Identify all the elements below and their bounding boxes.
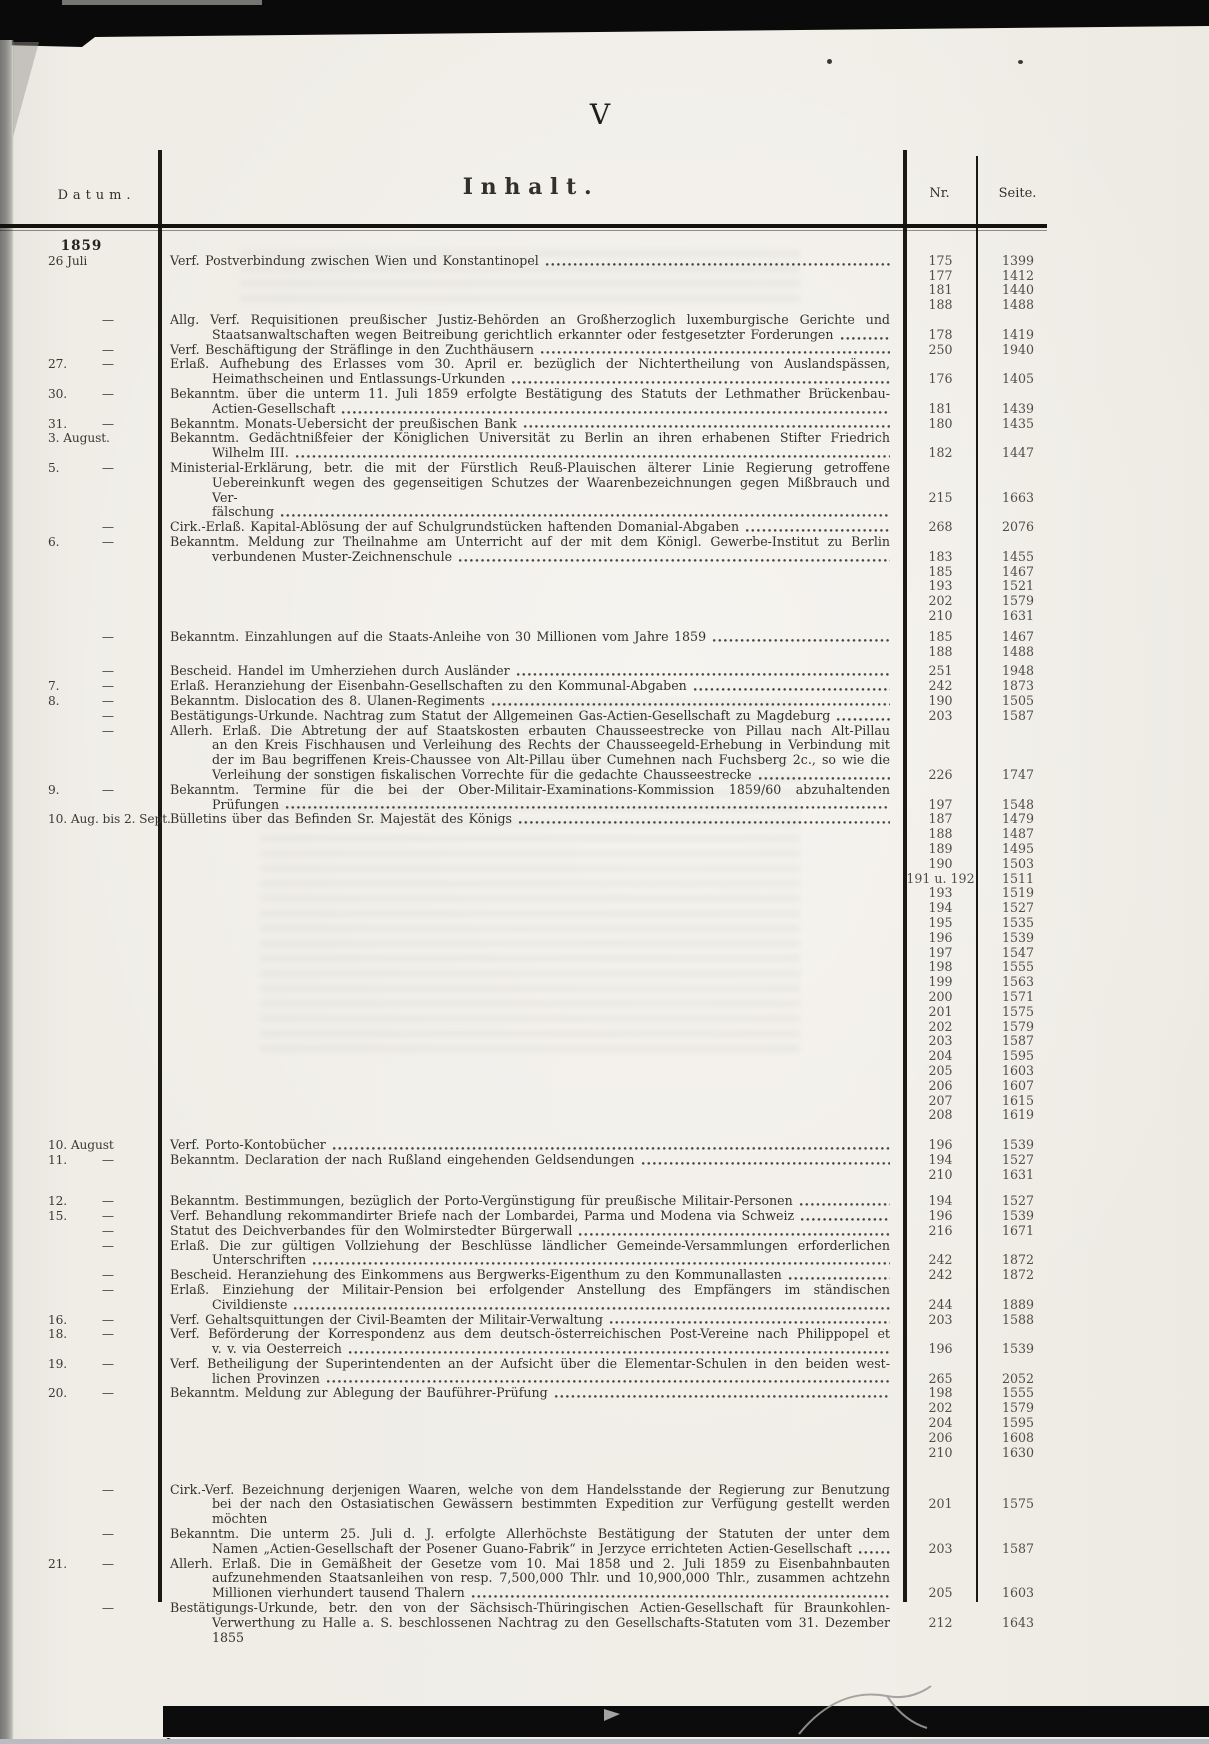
nr-value: 201 <box>904 1005 977 1020</box>
nr-value: 212 <box>904 1616 977 1631</box>
entry-nr-column: 242 <box>904 1268 977 1283</box>
entry-day: 19. <box>48 1357 67 1372</box>
entry-date: 16. — <box>35 1313 158 1328</box>
seite-value: 1872 <box>977 1253 1059 1268</box>
entry-ditto-dash: — <box>102 1313 114 1328</box>
entry-text: Allerh. Erlaß. Die Abtretung der auf Sta… <box>158 724 904 783</box>
entry-date: 15. — <box>35 1209 158 1224</box>
entry-seite-column: 15271631 <box>977 1153 1059 1183</box>
scanned-page: V Datum. Inhalt. Nr. Seite. 1859 26 Juli… <box>0 0 1209 1744</box>
entry-day: 10. Aug. bis 2. Sept. <box>48 812 171 827</box>
entry-text: Verf. Beschäftigung der Sträflinge in de… <box>158 343 904 358</box>
seite-value: 1587 <box>977 1542 1059 1557</box>
seite-value: 1539 <box>977 1138 1059 1153</box>
entry-line: Bekanntm. Meldung zur Theilnahme am Unte… <box>170 535 890 550</box>
entry-date: — <box>35 1527 158 1557</box>
seite-value: 1535 <box>977 916 1059 931</box>
entry-text: Bekanntm. Monats-Uebersicht der preußisc… <box>158 417 904 432</box>
nr-value: 203 <box>904 1542 977 1557</box>
seite-value: 1419 <box>977 328 1059 343</box>
header-rule <box>0 224 1047 228</box>
entry-text: Cirk.-Verf. Bezeichnung derjenigen Waare… <box>158 1483 904 1527</box>
entry-ditto-dash: — <box>102 1483 114 1498</box>
year-label: 1859 <box>35 239 158 254</box>
table-row: — Statut des Deichverbandes für den Wolm… <box>35 1224 1059 1239</box>
entry-date: — <box>35 1601 158 1645</box>
entry-seite-column: 1527 <box>977 1194 1059 1209</box>
nr-value: 193 <box>904 579 977 594</box>
seite-value: 1435 <box>977 417 1059 432</box>
table-row: 10. August Verf. Porto-Kontobücher 196 1… <box>35 1138 1059 1153</box>
seite-value: 1539 <box>977 931 1059 946</box>
entry-ditto-dash: — <box>102 357 114 372</box>
nr-value: 206 <box>904 1431 977 1446</box>
seite-value: 1579 <box>977 1020 1059 1035</box>
entry-text: Ministerial-Erklärung, betr. die mit der… <box>158 461 904 520</box>
entry-date: 11. — <box>35 1153 158 1183</box>
entry-ditto-dash: — <box>102 1224 114 1239</box>
seite-value: 1587 <box>977 1034 1059 1049</box>
entry-ditto-dash: — <box>102 1601 114 1616</box>
nr-value: 203 <box>904 1313 977 1328</box>
scan-black-band-bottom <box>163 1706 1209 1737</box>
entry-ditto-dash: — <box>102 1268 114 1283</box>
entry-date: 27. — <box>35 357 158 387</box>
nr-value: 265 <box>904 1372 977 1387</box>
seite-value: 1940 <box>977 343 1059 358</box>
entry-ditto-dash: — <box>102 630 114 645</box>
table-row: 15. — Verf. Behandlung rekommandirter Br… <box>35 1209 1059 1224</box>
entry-ditto-dash: — <box>102 387 114 402</box>
nr-value: 175 <box>904 254 977 269</box>
entry-date: 18. — <box>35 1327 158 1357</box>
seite-value: 1527 <box>977 1153 1059 1168</box>
table-row: 30. — Bekanntm. über die unterm 11. Juli… <box>35 387 1059 417</box>
entry-nr-column: 201 <box>904 1483 977 1527</box>
entry-seite-column: 1587 <box>977 1527 1059 1557</box>
seite-value: 1619 <box>977 1108 1059 1123</box>
entry-day: 27. <box>48 357 67 372</box>
entry-nr-column: 187188189190191 u. 192193194195196197198… <box>904 812 977 1123</box>
entry-nr-column: 226 <box>904 724 977 783</box>
seite-value: 1539 <box>977 1209 1059 1224</box>
nr-value: 200 <box>904 990 977 1005</box>
pen-squiggle <box>795 1682 935 1744</box>
table-row: 11. — Bekanntm. Declaration der nach Ruß… <box>35 1153 1059 1183</box>
entry-date: 8. — <box>35 694 158 709</box>
ink-speck <box>827 59 832 64</box>
seite-value: 1643 <box>977 1616 1059 1631</box>
entry-nr-column: 183185193202210 <box>904 535 977 624</box>
entry-seite-column: 1399141214401488 <box>977 254 1059 313</box>
entry-line: Verwerthung zu Halle a. S. beschlossenen… <box>170 1616 890 1646</box>
entry-seite-column: 1873 <box>977 679 1059 694</box>
entry-date: 21. — <box>35 1557 158 1601</box>
entry-text: Verf. Betheiligung der Superintendenten … <box>158 1357 904 1387</box>
table-row: — Bescheid. Handel im Umherziehen durch … <box>35 664 1059 679</box>
entry-text: Erlaß. Einziehung der Militair-Pension b… <box>158 1283 904 1313</box>
entry-text: Cirk.-Erlaß. Kapital-Ablösung der auf Sc… <box>158 520 904 535</box>
entry-line: Allerh. Erlaß. Die Abtretung der auf Sta… <box>170 724 890 739</box>
entry-date: 3. August. <box>35 431 158 461</box>
entry-seite-column: 1539 <box>977 1209 1059 1224</box>
entry-line: Wilhelm III. <box>170 446 890 461</box>
entry-line: bei der nach den Ostasiatischen Gewässer… <box>170 1497 890 1527</box>
entry-nr-column: 197 <box>904 783 977 813</box>
entry-text: Bekanntm. Meldung zur Ablegung der Baufü… <box>158 1386 904 1460</box>
nr-value: 205 <box>904 1064 977 1079</box>
nr-value: 198 <box>904 1386 977 1401</box>
entry-seite-column: 1435 <box>977 417 1059 432</box>
entry-day: 20. <box>48 1386 67 1401</box>
entry-date: — <box>35 724 158 783</box>
seite-value: 1872 <box>977 1268 1059 1283</box>
entry-text: Bekanntm. Meldung zur Theilnahme am Unte… <box>158 535 904 624</box>
entry-line: Verf. Beschäftigung der Sträflinge in de… <box>170 343 890 358</box>
entry-line: Millionen vierhundert tausend Thalern <box>170 1586 890 1601</box>
nr-value: 202 <box>904 1020 977 1035</box>
seite-value: 1505 <box>977 694 1059 709</box>
seite-value: 1467 <box>977 565 1059 580</box>
entry-ditto-dash: — <box>102 417 114 432</box>
entry-line: v. v. via Oesterreich <box>170 1342 890 1357</box>
entry-nr-column: 203 <box>904 1527 977 1557</box>
seite-value: 1399 <box>977 254 1059 269</box>
seite-value: 1495 <box>977 842 1059 857</box>
nr-value: 185 <box>904 565 977 580</box>
entry-nr-column: 175177181188 <box>904 254 977 313</box>
seite-value: 1447 <box>977 446 1059 461</box>
entry-date: — <box>35 343 158 358</box>
nr-value: 268 <box>904 520 977 535</box>
nr-value: 187 <box>904 812 977 827</box>
nr-value: 190 <box>904 857 977 872</box>
nr-value: 177 <box>904 269 977 284</box>
nr-value: 194 <box>904 1194 977 1209</box>
entry-text: Bescheid. Handel im Umherziehen durch Au… <box>158 664 904 679</box>
table-row: — Bekanntm. Die unterm 25. Juli d. J. er… <box>35 1527 1059 1557</box>
entry-line: Verf. Porto-Kontobücher <box>170 1138 890 1153</box>
year-row: 1859 <box>35 239 1059 254</box>
entry-date: 7. — <box>35 679 158 694</box>
nr-value: 191 u. 192 <box>904 872 977 887</box>
entry-ditto-dash: — <box>102 724 114 739</box>
entry-nr-column: 203 <box>904 1313 977 1328</box>
entry-ditto-dash: — <box>102 1327 114 1342</box>
entry-text: Bestätigungs-Urkunde, betr. den von der … <box>158 1601 904 1645</box>
nr-value: 242 <box>904 679 977 694</box>
entry-line: Bekanntm. Monats-Uebersicht der preußisc… <box>170 417 890 432</box>
entry-line: an den Kreis Fischhausen und Verleihung … <box>170 738 890 753</box>
entry-line: Verleihung der sonstigen fiskalischen Vo… <box>170 768 890 783</box>
table-row: 10. Aug. bis 2. Sept. Bülletins über das… <box>35 812 1059 1123</box>
entry-line: Bestätigungs-Urkunde. Nachtrag zum Statu… <box>170 709 890 724</box>
nr-value: 183 <box>904 550 977 565</box>
entry-line: Actien-Gesellschaft <box>170 402 890 417</box>
seite-value: 1563 <box>977 975 1059 990</box>
entry-line: Staatsanwaltschaften wegen Beitreibung g… <box>170 328 890 343</box>
nr-value: 196 <box>904 1138 977 1153</box>
seite-value: 1455 <box>977 550 1059 565</box>
entry-nr-column: 268 <box>904 520 977 535</box>
entry-day: 12. <box>48 1194 67 1209</box>
entry-line: Bekanntm. Gedächtnißfeier der Königliche… <box>170 431 890 446</box>
table-row: 9. — Bekanntm. Termine für die bei der O… <box>35 783 1059 813</box>
table-row: 31. — Bekanntm. Monats-Uebersicht der pr… <box>35 417 1059 432</box>
entry-line: Bekanntm. Einzahlungen auf die Staats-An… <box>170 630 890 645</box>
nr-value: 204 <box>904 1049 977 1064</box>
entry-nr-column: 190 <box>904 694 977 709</box>
nr-value: 197 <box>904 798 977 813</box>
seite-value: 1579 <box>977 594 1059 609</box>
entry-line: Bekanntm. Termine für die bei der Ober-M… <box>170 783 890 798</box>
entry-nr-column: 181 <box>904 387 977 417</box>
seite-value: 1948 <box>977 664 1059 679</box>
table-row: 3. August. Bekanntm. Gedächtnißfeier der… <box>35 431 1059 461</box>
entry-ditto-dash: — <box>102 783 114 798</box>
entry-line: Namen „Actien-Gesellschaft der Posener G… <box>170 1542 890 1557</box>
table-row: 12. — Bekanntm. Bestimmungen, bezüglich … <box>35 1194 1059 1209</box>
entry-text: Bekanntm. Einzahlungen auf die Staats-An… <box>158 630 904 660</box>
entry-seite-column: 1405 <box>977 357 1059 387</box>
table-row: — Allg. Verf. Requisitionen preußischer … <box>35 313 1059 343</box>
seite-value: 1889 <box>977 1298 1059 1313</box>
entry-line: Erlaß. Einziehung der Militair-Pension b… <box>170 1283 890 1298</box>
nr-value: 210 <box>904 609 977 624</box>
entry-line: Uebereinkunft wegen des gegenseitigen Sc… <box>170 476 890 506</box>
seite-value: 1571 <box>977 990 1059 1005</box>
entry-line: Verf. Postverbindung zwischen Wien und K… <box>170 254 890 269</box>
entry-ditto-dash: — <box>102 679 114 694</box>
seite-value: 1587 <box>977 709 1059 724</box>
entry-line: Allerh. Erlaß. Die in Gemäßheit der Gese… <box>170 1557 890 1572</box>
entry-day: 5. <box>48 461 59 476</box>
entry-ditto-dash: — <box>102 1557 114 1572</box>
entry-day: 26 Juli <box>48 254 87 269</box>
entry-seite-column: 1747 <box>977 724 1059 783</box>
seite-value: 1588 <box>977 1313 1059 1328</box>
entry-nr-column: 196 <box>904 1209 977 1224</box>
entry-ditto-dash: — <box>102 694 114 709</box>
scan-triangle-mark <box>604 1709 620 1721</box>
entry-nr-column: 194210 <box>904 1153 977 1183</box>
table-row: 6. — Bekanntm. Meldung zur Theilnahme am… <box>35 535 1059 624</box>
table-row: — Erlaß. Die zur gültigen Vollziehung de… <box>35 1239 1059 1269</box>
table-row: 16. — Verf. Gehaltsquittungen der Civil-… <box>35 1313 1059 1328</box>
seite-value: 1503 <box>977 857 1059 872</box>
entry-seite-column: 2076 <box>977 520 1059 535</box>
entry-seite-column: 1539 <box>977 1138 1059 1153</box>
nr-value: 190 <box>904 694 977 709</box>
entry-date: — <box>35 313 158 343</box>
table-row: 18. — Verf. Beförderung der Korresponden… <box>35 1327 1059 1357</box>
entry-date: — <box>35 1283 158 1313</box>
entry-text: Bestätigungs-Urkunde. Nachtrag zum Statu… <box>158 709 904 724</box>
paper-corner-shadow <box>13 42 39 137</box>
seite-value: 2052 <box>977 1372 1059 1387</box>
entry-ditto-dash: — <box>102 1283 114 1298</box>
toc-entries: 1859 26 Juli Verf. Postverbindung zwisch… <box>35 239 1059 1645</box>
entry-ditto-dash: — <box>102 313 114 328</box>
entry-text: Bekanntm. Declaration der nach Rußland e… <box>158 1153 904 1183</box>
nr-value: 181 <box>904 283 977 298</box>
entry-day: 7. <box>48 679 59 694</box>
nr-value: 181 <box>904 402 977 417</box>
entry-nr-column: 250 <box>904 343 977 358</box>
entry-seite-column: 1603 <box>977 1557 1059 1601</box>
entry-seite-column: 14671488 <box>977 630 1059 660</box>
entry-seite-column: 1575 <box>977 1483 1059 1527</box>
entry-seite-column: 1872 <box>977 1239 1059 1269</box>
table-row: 8. — Bekanntm. Dislocation des 8. Ulanen… <box>35 694 1059 709</box>
entry-line: Erlaß. Heranziehung der Eisenbahn-Gesell… <box>170 679 890 694</box>
seite-value: 1479 <box>977 812 1059 827</box>
seite-value: 1747 <box>977 768 1059 783</box>
entry-day: 6. <box>48 535 59 550</box>
entry-text: Verf. Behandlung rekommandirter Briefe n… <box>158 1209 904 1224</box>
entry-seite-column: 1663 <box>977 461 1059 520</box>
seite-value: 1488 <box>977 645 1059 660</box>
table-row: — Cirk.-Erlaß. Kapital-Ablösung der auf … <box>35 520 1059 535</box>
nr-value: 206 <box>904 1079 977 1094</box>
entry-line: Ministerial-Erklärung, betr. die mit der… <box>170 461 890 476</box>
entry-seite-column: 15551579159516081630 <box>977 1386 1059 1460</box>
seite-value: 1440 <box>977 283 1059 298</box>
entry-text: Bekanntm. über die unterm 11. Juli 1859 … <box>158 387 904 417</box>
nr-value: 199 <box>904 975 977 990</box>
entry-date: 20. — <box>35 1386 158 1460</box>
nr-value: 202 <box>904 1401 977 1416</box>
entry-date: 30. — <box>35 387 158 417</box>
entry-line: Bescheid. Heranziehung des Einkommens au… <box>170 1268 890 1283</box>
entry-text: Allerh. Erlaß. Die in Gemäßheit der Gese… <box>158 1557 904 1601</box>
entry-text: Allg. Verf. Requisitionen preußischer Ju… <box>158 313 904 343</box>
entry-seite-column: 1447 <box>977 431 1059 461</box>
entry-ditto-dash: — <box>102 1153 114 1168</box>
table-row: 19. — Verf. Betheiligung der Superintend… <box>35 1357 1059 1387</box>
entry-text: Verf. Beförderung der Korrespondenz aus … <box>158 1327 904 1357</box>
ink-speck <box>1018 60 1023 64</box>
table-row: — Allerh. Erlaß. Die Abtretung der auf S… <box>35 724 1059 783</box>
nr-value: 195 <box>904 916 977 931</box>
entry-line: Bekanntm. Die unterm 25. Juli d. J. erfo… <box>170 1527 890 1542</box>
table-row: 21. — Allerh. Erlaß. Die in Gemäßheit de… <box>35 1557 1059 1601</box>
seite-value: 1412 <box>977 269 1059 284</box>
seite-value: 1615 <box>977 1094 1059 1109</box>
entry-line: Cirk.-Erlaß. Kapital-Ablösung der auf Sc… <box>170 520 890 535</box>
entry-line: Bekanntm. Declaration der nach Rußland e… <box>170 1153 890 1168</box>
nr-value: 202 <box>904 594 977 609</box>
seite-value: 1405 <box>977 372 1059 387</box>
nr-value: 210 <box>904 1168 977 1183</box>
entry-text: Verf. Gehaltsquittungen der Civil-Beamte… <box>158 1313 904 1328</box>
entry-date: — <box>35 1239 158 1269</box>
entry-date: — <box>35 709 158 724</box>
seite-value: 1487 <box>977 827 1059 842</box>
entry-ditto-dash: — <box>102 535 114 550</box>
entry-line: Allg. Verf. Requisitionen preußischer Ju… <box>170 313 890 328</box>
nr-value: 196 <box>904 1342 977 1357</box>
entry-nr-column: 242 <box>904 1239 977 1269</box>
entry-nr-column: 203 <box>904 709 977 724</box>
entry-seite-column: 14551467152115791631 <box>977 535 1059 624</box>
entry-nr-column: 265 <box>904 1357 977 1387</box>
entry-day: 21. <box>48 1557 67 1572</box>
nr-value: 196 <box>904 931 977 946</box>
entry-line: Bescheid. Handel im Umherziehen durch Au… <box>170 664 890 679</box>
seite-value: 1608 <box>977 1431 1059 1446</box>
entry-seite-column: 1439 <box>977 387 1059 417</box>
entry-seite-column: 1948 <box>977 664 1059 679</box>
scan-edge-notch <box>62 0 262 5</box>
entry-line: lichen Provinzen <box>170 1372 890 1387</box>
table-row: 27. — Erlaß. Aufhebung des Erlasses vom … <box>35 357 1059 387</box>
entry-ditto-dash: — <box>102 1239 114 1254</box>
entry-day: 3. August. <box>48 431 110 446</box>
entry-ditto-dash: — <box>102 1527 114 1542</box>
entry-date: 19. — <box>35 1357 158 1387</box>
entry-day: 10. August <box>48 1138 114 1153</box>
nr-value: 244 <box>904 1298 977 1313</box>
seite-value: 1548 <box>977 798 1059 813</box>
entry-date: — <box>35 1224 158 1239</box>
entry-date: 9. — <box>35 783 158 813</box>
entry-line: Verf. Betheiligung der Superintendenten … <box>170 1357 890 1372</box>
entry-line: aufzunehmenden Staatsanleihen von resp. … <box>170 1571 890 1586</box>
entry-date: — <box>35 664 158 679</box>
entry-day: 8. <box>48 694 59 709</box>
nr-value: 176 <box>904 372 977 387</box>
seite-value: 2076 <box>977 520 1059 535</box>
entry-text: Verf. Postverbindung zwischen Wien und K… <box>158 254 904 313</box>
entry-seite-column: 1940 <box>977 343 1059 358</box>
entry-line: Civildienste <box>170 1298 890 1313</box>
seite-value: 1547 <box>977 946 1059 961</box>
nr-value: 205 <box>904 1586 977 1601</box>
entry-nr-column: 196 <box>904 1327 977 1357</box>
nr-value: 180 <box>904 417 977 432</box>
nr-value: 208 <box>904 1108 977 1123</box>
seite-value: 1539 <box>977 1342 1059 1357</box>
nr-value: 216 <box>904 1224 977 1239</box>
nr-value: 203 <box>904 1034 977 1049</box>
entry-line: Verf. Beförderung der Korrespondenz aus … <box>170 1327 890 1342</box>
entry-ditto-dash: — <box>102 1209 114 1224</box>
entry-date: 6. — <box>35 535 158 624</box>
entry-line: Bekanntm. Dislocation des 8. Ulanen-Regi… <box>170 694 890 709</box>
scan-bottom-strip <box>0 1739 1209 1744</box>
entry-day: 15. <box>48 1209 67 1224</box>
entry-day: 9. <box>48 783 59 798</box>
entry-seite-column: 1419 <box>977 313 1059 343</box>
entry-line: Prüfungen <box>170 798 890 813</box>
nr-value: 210 <box>904 1446 977 1461</box>
entry-date: 10. Aug. bis 2. Sept. <box>35 812 158 1123</box>
entry-text: Bescheid. Heranziehung des Einkommens au… <box>158 1268 904 1283</box>
entry-nr-column: 216 <box>904 1224 977 1239</box>
entry-line: Bülletins über das Befinden Sr. Majestät… <box>170 812 890 827</box>
seite-value: 1521 <box>977 579 1059 594</box>
column-header-datum: Datum. <box>35 188 158 203</box>
scan-black-band-top <box>0 0 1209 47</box>
seite-value: 1630 <box>977 1446 1059 1461</box>
entry-date: 5. — <box>35 461 158 520</box>
entry-line: Bekanntm. über die unterm 11. Juli 1859 … <box>170 387 890 402</box>
table-row: 5. — Ministerial-Erklärung, betr. die mi… <box>35 461 1059 520</box>
nr-value: 182 <box>904 446 977 461</box>
entry-seite-column: 1588 <box>977 1313 1059 1328</box>
entry-line: Bekanntm. Bestimmungen, bezüglich der Po… <box>170 1194 890 1209</box>
